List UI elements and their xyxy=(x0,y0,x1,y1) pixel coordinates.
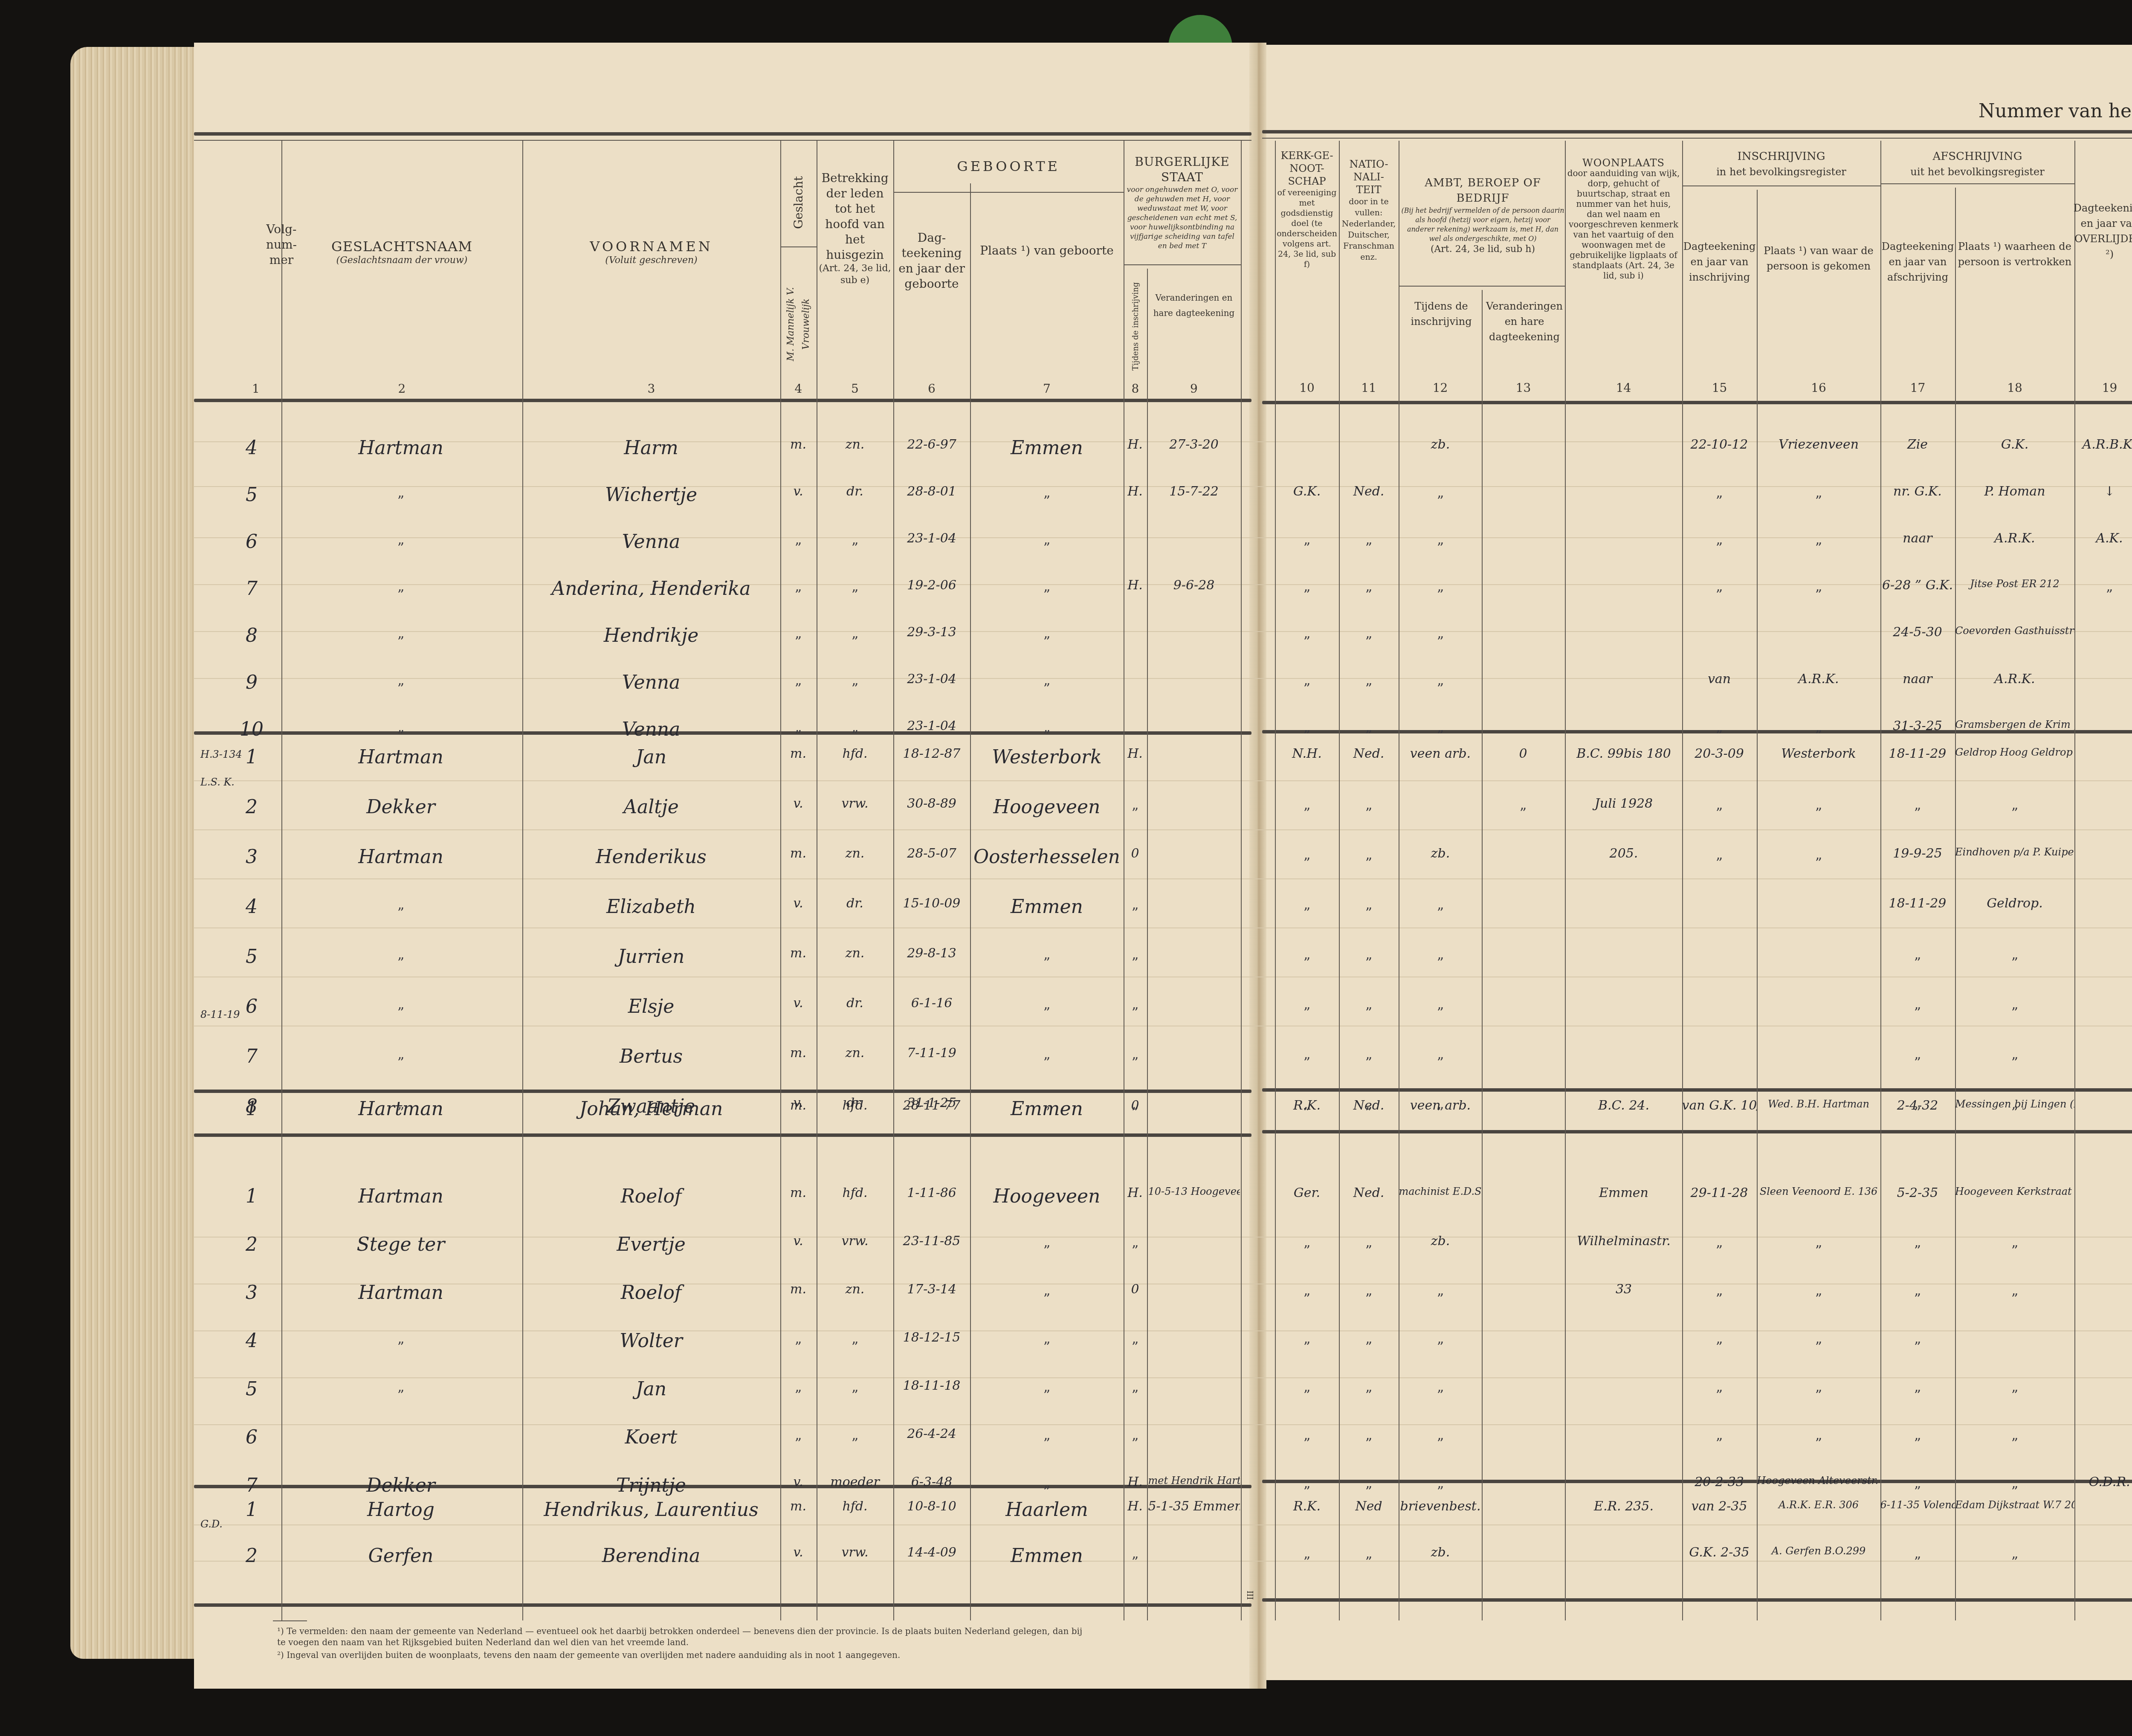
cell-sex: v. xyxy=(781,1475,815,1490)
cell-nat: Ned. xyxy=(1339,1185,1399,1200)
cell-church: ” xyxy=(1275,1553,1339,1570)
col7-header: Plaats ¹) van geboorte xyxy=(974,243,1119,258)
cell-occ: ” xyxy=(1399,1435,1482,1451)
cell-rel: ” xyxy=(818,680,892,696)
col-num-6: 6 xyxy=(893,382,970,396)
cell-civil: ” xyxy=(1124,1004,1147,1020)
cell-rel: hfd. xyxy=(818,1098,892,1113)
cell-sex: ” xyxy=(781,727,815,743)
cell-surname: ” xyxy=(286,539,516,556)
afschrijving-group-rule xyxy=(1880,183,2074,184)
cell-church: ” xyxy=(1275,855,1339,871)
ambt-group: AMBT, BEROEP OF BEDRIJF (Bij het bedrijf… xyxy=(1401,147,1565,284)
col14-note: door aanduiding van wijk, dorp, gehucht … xyxy=(1567,168,1680,281)
cell-church: ” xyxy=(1275,904,1339,921)
cell-rel: zn. xyxy=(818,437,892,452)
cell-rel: ” xyxy=(818,1387,892,1403)
cell-out-date: 18-11-29 xyxy=(1880,896,1955,911)
cell-residence: Emmen xyxy=(1565,1185,1683,1200)
cell-birth-place: Westerbork xyxy=(970,746,1124,768)
col-num-8: 8 xyxy=(1124,382,1147,396)
col3-note: (Voluit geschreven) xyxy=(605,254,697,267)
cell-civil: H. xyxy=(1124,578,1147,593)
cell-out-place: A.R.K. xyxy=(1955,672,2074,687)
cell-given: Venna xyxy=(525,719,777,740)
cell-birth-date: 19-2-06 xyxy=(893,578,970,593)
col-divider xyxy=(1565,141,1566,1620)
cell-nr: 10 xyxy=(230,719,273,740)
cell-birth-place: Emmen xyxy=(970,896,1124,918)
cell-given: Hendrikus, Laurentius xyxy=(525,1499,777,1521)
cell-birth-date: 18-12-87 xyxy=(893,746,970,761)
cell-occ: ” xyxy=(1399,1483,1482,1499)
cell-out-date: naar xyxy=(1880,672,1955,687)
cell-birth-date: 28-8-01 xyxy=(893,484,970,499)
cell-out-date: 31-3-25 xyxy=(1880,719,1955,733)
cell-sex: ” xyxy=(781,539,815,556)
cell-out-date: ” xyxy=(1880,1387,1955,1403)
cell-nat: ” xyxy=(1339,904,1399,921)
cell-nat: ” xyxy=(1339,1483,1399,1499)
cell-in-place: ” xyxy=(1757,855,1880,871)
cell-church: ” xyxy=(1275,727,1339,743)
col-divider xyxy=(1147,269,1148,1620)
inschrijving-title: INSCHRIJVING xyxy=(1737,149,1825,164)
col4-title: Geslacht xyxy=(791,176,806,229)
col11-header: NATIO-NALI-TEIT door in te vullen: Neder… xyxy=(1341,158,1396,263)
cell-rel: vrw. xyxy=(818,1545,892,1560)
cell-rel: vrw. xyxy=(818,1234,892,1249)
cell-birth-place: Haarlem xyxy=(970,1499,1124,1521)
cell-in-place: Vriezenveen xyxy=(1757,437,1880,452)
cell-surname: ” xyxy=(286,1339,516,1355)
cell-sex: m. xyxy=(781,437,815,452)
cell-residence: B.C. 24. xyxy=(1565,1098,1683,1113)
cell-in-date: ” xyxy=(1682,1435,1757,1451)
col6-header: Dag-teekening en jaar der geboorte xyxy=(895,230,968,292)
cell-occ-change: 0 xyxy=(1482,746,1565,761)
household-separator xyxy=(1262,1088,2132,1092)
col2-header: GESLACHTSNAAM (Geslachtsnaam der vrouw) xyxy=(290,239,514,267)
cell-death: A.R.B.K. xyxy=(2074,437,2132,452)
cell-out-date: 2-4-32 xyxy=(1880,1098,1955,1113)
cell-surname: ” xyxy=(286,493,516,509)
ruled-line xyxy=(194,829,2132,830)
col8-title: Tijdens de inschrijving xyxy=(1132,282,1140,370)
page-marker: III xyxy=(1245,1591,1254,1600)
cell-in-date: van 2-35 xyxy=(1682,1499,1757,1514)
col5-header: Betrekking der leden tot het hoofd van h… xyxy=(819,171,891,287)
header-top-thin-right xyxy=(1262,138,2132,139)
cell-nr: 5 xyxy=(230,484,273,506)
cell-death: ↓ xyxy=(2074,484,2132,499)
col8-header: Tijdens de inschrijving xyxy=(1126,273,1146,380)
ambt-art: (Art. 24, 3e lid, sub h) xyxy=(1431,243,1535,255)
cell-out-date: 19-9-25 xyxy=(1880,846,1955,861)
col15-title: Dagteekening en jaar van inschrijving xyxy=(1683,239,1756,285)
col16-header: Plaats ¹) van waar de persoon is gekomen xyxy=(1759,243,1878,274)
cell-in-place: A.R.K. xyxy=(1757,672,1880,687)
col-num-18: 18 xyxy=(1955,381,2074,395)
cell-given: Jurrien xyxy=(525,946,777,968)
cell-birth-place: ” xyxy=(970,1483,1124,1499)
cell-birth-date: 23-1-04 xyxy=(893,531,970,546)
cell-nr: 6 xyxy=(230,531,273,553)
cell-given: Roelof xyxy=(525,1185,777,1207)
cell-out-place: Eindhoven p/a P. Kuipers Lievendaalstraa… xyxy=(1955,846,2074,858)
header-bottom-rule-left xyxy=(194,399,1251,402)
cell-birth-date: 30-8-89 xyxy=(893,796,970,811)
cell-residence: B.C. 99bis 180 xyxy=(1565,746,1683,761)
cell-in-place: A. Gerfen B.O.299 xyxy=(1757,1545,1880,1557)
cell-occ: ” xyxy=(1399,539,1482,556)
cell-out-date: 24-5-30 xyxy=(1880,625,1955,640)
cell-surname: ” xyxy=(286,904,516,921)
cell-surname: Gerfen xyxy=(286,1545,516,1567)
col9-title: Veranderingen en hare dagteekening xyxy=(1149,290,1239,321)
col-num-9: 9 xyxy=(1147,382,1241,396)
ambt-note: (Bij het bedrijf vermelden of de persoon… xyxy=(1401,206,1565,243)
cell-in-date: ” xyxy=(1682,727,1757,743)
cell-occ: ” xyxy=(1399,1387,1482,1403)
cell-birth-date: 26-4-24 xyxy=(893,1426,970,1441)
cell-surname: Stege ter xyxy=(286,1234,516,1255)
cell-occ: zb. xyxy=(1399,1234,1482,1249)
geslacht-rule xyxy=(780,246,817,247)
cell-church: ” xyxy=(1275,633,1339,649)
cell-rel: hfd. xyxy=(818,1185,892,1200)
col-num-3: 3 xyxy=(522,382,780,396)
cell-nr: 4 xyxy=(230,437,273,459)
col19-header: Dagteekening en jaar van OVERLIJDEN ²) xyxy=(2077,200,2132,262)
cell-out-date: naar xyxy=(1880,531,1955,546)
cell-occ: ” xyxy=(1399,1054,1482,1070)
cell-in-date: 29-11-28 xyxy=(1682,1185,1757,1200)
inschrijving-group-rule xyxy=(1682,185,1880,186)
cell-sex: m. xyxy=(781,746,815,761)
cell-occ: ” xyxy=(1399,727,1482,743)
cell-in-place: ” xyxy=(1757,1242,1880,1258)
cell-out-place: ” xyxy=(1955,1435,2074,1451)
col-num-12: 12 xyxy=(1399,381,1482,395)
col-num-2: 2 xyxy=(281,382,522,396)
cell-church: ” xyxy=(1275,680,1339,696)
cell-birth-place: ” xyxy=(970,1339,1124,1355)
cell-rel: ” xyxy=(818,727,892,743)
cell-surname: ” xyxy=(286,680,516,696)
cell-church: ” xyxy=(1275,1004,1339,1020)
footnote-rule xyxy=(273,1620,307,1621)
cell-civil: ” xyxy=(1124,805,1147,821)
cell-out-place: ” xyxy=(1955,1054,2074,1070)
cell-nr: 3 xyxy=(230,1282,273,1304)
margin-note: H.3-134 xyxy=(200,748,242,760)
cell-out-date: 18-11-29 xyxy=(1880,746,1955,761)
col11-title: NATIO-NALI-TEIT xyxy=(1341,158,1396,196)
ruled-line xyxy=(194,878,2132,879)
cell-rel: zn. xyxy=(818,1282,892,1297)
cell-in-date: ” xyxy=(1682,805,1757,821)
col-num-14: 14 xyxy=(1565,381,1682,395)
col4-header: Geslacht xyxy=(787,162,810,243)
cell-sex: ” xyxy=(781,1435,815,1451)
cell-out-date: ” xyxy=(1880,1553,1955,1570)
cell-sex: m. xyxy=(781,846,815,861)
cell-out-place: ” xyxy=(1955,1290,2074,1307)
cell-birth-date: 23-11-85 xyxy=(893,1234,970,1249)
cell-birth-place: ” xyxy=(970,727,1124,743)
cell-rel: ” xyxy=(818,1435,892,1451)
cell-death: ” xyxy=(2074,586,2132,603)
cell-occ: zb. xyxy=(1399,437,1482,452)
col11-note: door in te vullen: Nederlander, Duitsche… xyxy=(1341,196,1396,263)
cell-sex: m. xyxy=(781,946,815,961)
cell-given: Trijntje xyxy=(525,1475,777,1496)
cell-in-date: G.K. 2-35 xyxy=(1682,1545,1757,1560)
household-separator xyxy=(1262,1130,2132,1133)
cell-nr: 4 xyxy=(230,896,273,918)
cell-out-place: G.K. xyxy=(1955,437,2074,452)
cell-given: Wolter xyxy=(525,1330,777,1352)
cell-birth-date: 6-3-48 xyxy=(893,1475,970,1490)
cell-sex: ” xyxy=(781,586,815,603)
cell-out-date: 6-28 ” G.K. xyxy=(1880,578,1955,593)
cell-civil: ” xyxy=(1124,954,1147,971)
cell-birth-place: ” xyxy=(970,1004,1124,1020)
table-bottom-rule-left xyxy=(194,1603,1251,1607)
cell-civil: H. xyxy=(1124,1499,1147,1514)
cell-given: Bertus xyxy=(525,1046,777,1067)
cell-birth-place: ” xyxy=(970,1242,1124,1258)
cell-church: G.K. xyxy=(1275,484,1339,499)
col3-title: VOORNAMEN xyxy=(590,239,713,254)
col18-header: Plaats ¹) waarheen de persoon is vertrok… xyxy=(1957,239,2072,270)
cell-out-date: ” xyxy=(1880,805,1955,821)
cell-rel: dr. xyxy=(818,484,892,499)
cell-given: Jan xyxy=(525,746,777,768)
cell-out-place: ” xyxy=(1955,805,2074,821)
cell-rel: zn. xyxy=(818,946,892,961)
ruled-line xyxy=(194,927,2132,928)
book-gutter xyxy=(1249,43,1266,1689)
cell-birth-place: ” xyxy=(970,1387,1124,1403)
cell-in-date: 20-2-33 xyxy=(1682,1475,1757,1490)
cell-out-date: ” xyxy=(1880,954,1955,971)
cell-birth-place: ” xyxy=(970,954,1124,971)
col2-title: GESLACHTSNAAM xyxy=(331,239,472,254)
cell-residence: E.R. 235. xyxy=(1565,1499,1683,1514)
cell-out-place: ” xyxy=(1955,1483,2074,1499)
cell-given: Evertje xyxy=(525,1234,777,1255)
cell-birth-date: 18-11-18 xyxy=(893,1378,970,1393)
cell-occ: ” xyxy=(1399,1290,1482,1307)
inschrijving-group: INSCHRIJVING in het bevolkingsregister xyxy=(1684,145,1878,183)
cell-birth-place: ” xyxy=(970,539,1124,556)
col4-note-text: M. Mannelijk V. Vrouwelijk xyxy=(783,264,814,384)
col10-note: of vereeniging met godsdienstig doel (te… xyxy=(1277,188,1337,270)
col12-title: Tijdens de inschrijving xyxy=(1401,299,1482,329)
cell-birth-place: ” xyxy=(970,633,1124,649)
afschrijving-group: AFSCHRIJVING uit het bevolkingsregister xyxy=(1883,145,2072,183)
col4-note: M. Mannelijk V. Vrouwelijk xyxy=(785,264,812,384)
cell-given: Roelof xyxy=(525,1282,777,1304)
afschrijving-sub: uit het bevolkingsregister xyxy=(1910,164,2044,180)
cell-civil: ” xyxy=(1124,1054,1147,1070)
cell-birth-place: ” xyxy=(970,493,1124,509)
cell-sex: m. xyxy=(781,1185,815,1200)
cell-surname: ” xyxy=(286,1004,516,1020)
ruled-line xyxy=(194,1424,2132,1425)
header-top-rule-left xyxy=(194,132,1251,136)
cell-in-place: ” xyxy=(1757,1435,1880,1451)
cell-occ: zb. xyxy=(1399,1545,1482,1560)
cell-nat: Ned. xyxy=(1339,484,1399,499)
col-num-5: 5 xyxy=(817,382,893,396)
cell-civil: ” xyxy=(1124,1553,1147,1570)
cell-out-place: ” xyxy=(1955,1387,2074,1403)
ruled-line xyxy=(194,977,2132,977)
cell-out-place: Geldrop. xyxy=(1955,896,2074,911)
cell-civil-change: 15-7-22 xyxy=(1148,484,1240,499)
cell-rel: ” xyxy=(818,539,892,556)
col18-title: Plaats ¹) waarheen de persoon is vertrok… xyxy=(1957,239,2072,270)
cell-out-place: ” xyxy=(1955,1004,2074,1020)
col-divider xyxy=(1757,190,1758,1620)
cell-surname: ” xyxy=(286,1387,516,1403)
col-divider xyxy=(281,141,282,1620)
cell-rel: ” xyxy=(818,1339,892,1355)
margin-note: L.S. K. xyxy=(200,776,235,788)
cell-in-date: ” xyxy=(1682,1339,1757,1355)
col9-header: Veranderingen en hare dagteekening xyxy=(1149,290,1239,321)
cell-out-place: Geldrop Hoog Geldrop 171 xyxy=(1955,746,2074,758)
cell-sex: v. xyxy=(781,996,815,1011)
cell-given: Elsje xyxy=(525,996,777,1017)
cell-sex: v. xyxy=(781,1234,815,1249)
cell-occ: veen arb. xyxy=(1399,746,1482,761)
cell-given: Venna xyxy=(525,672,777,693)
cell-birth-date: 7-11-19 xyxy=(893,1046,970,1061)
col17-title: Dagteekening en jaar van afschrijving xyxy=(1882,239,1954,285)
cell-surname: Hartman xyxy=(286,1185,516,1207)
cell-nr: 7 xyxy=(230,1475,273,1496)
cell-surname: Dekker xyxy=(286,796,516,818)
cell-nat: ” xyxy=(1339,1435,1399,1451)
cell-surname: Dekker xyxy=(286,1475,516,1496)
cell-out-place: Edam Dijkstraat W.7 2066. xyxy=(1955,1499,2074,1511)
cell-sex: ” xyxy=(781,633,815,649)
cell-given: Jan xyxy=(525,1378,777,1400)
cell-nr: 2 xyxy=(230,1545,273,1567)
cell-in-date: ” xyxy=(1682,539,1757,556)
cell-church: ” xyxy=(1275,1290,1339,1307)
cell-birth-date: 6-1-16 xyxy=(893,996,970,1011)
cell-civil: ” xyxy=(1124,1242,1147,1258)
cell-birth-date: 23-1-04 xyxy=(893,672,970,687)
col3-header: VOORNAMEN (Voluit geschreven) xyxy=(531,239,772,267)
cell-out-place: ” xyxy=(1955,1242,2074,1258)
cell-church: ” xyxy=(1275,954,1339,971)
col-num-19: 19 xyxy=(2074,381,2132,395)
cell-nr: 3 xyxy=(230,846,273,868)
cell-in-place: Westerbork xyxy=(1757,746,1880,761)
cell-nat: ” xyxy=(1339,727,1399,743)
cell-occ: ” xyxy=(1399,904,1482,921)
cell-surname: ” xyxy=(286,586,516,603)
cell-in-place: Hoogeveen Alteveerstr. 145 xyxy=(1757,1475,1880,1487)
col15-header: Dagteekening en jaar van inschrijving xyxy=(1684,239,1755,285)
cell-given: Hendrikje xyxy=(525,625,777,646)
cell-birth-date: 28-11-77 xyxy=(893,1098,970,1113)
col-num-10: 10 xyxy=(1275,381,1339,395)
burgerlijke-staat-group-rule xyxy=(1124,264,1241,265)
cell-out-place: ” xyxy=(1955,954,2074,971)
cell-church: ” xyxy=(1275,539,1339,556)
col-divider xyxy=(522,141,523,1620)
cell-civil: H. xyxy=(1124,484,1147,499)
cell-nat: ” xyxy=(1339,586,1399,603)
cell-church: ” xyxy=(1275,586,1339,603)
geboorte-group: GEBOORTE xyxy=(895,145,1121,188)
cell-birth-date: 10-8-10 xyxy=(893,1499,970,1514)
cell-nat: ” xyxy=(1339,539,1399,556)
burgerlijke-staat-title: BURGERLIJKE STAAT xyxy=(1126,154,1239,185)
cell-civil: ” xyxy=(1124,1435,1147,1451)
cell-church: N.H. xyxy=(1275,746,1339,761)
cell-surname: Hartog xyxy=(286,1499,516,1521)
cell-nr: 4 xyxy=(230,1330,273,1352)
col10-title: KERK-GE-NOOT-SCHAP xyxy=(1277,149,1337,188)
cell-nr: 1 xyxy=(230,1499,273,1521)
sheet-number-label: Nummer van het blad xyxy=(1978,100,2132,122)
cell-out-date: ” xyxy=(1880,1004,1955,1020)
cell-rel: ” xyxy=(818,586,892,603)
col-divider xyxy=(893,141,894,1620)
cell-occ: zb. xyxy=(1399,846,1482,861)
cell-rel: vrw. xyxy=(818,796,892,811)
header-top-thin-left xyxy=(194,140,1251,141)
cell-civil: ” xyxy=(1124,1387,1147,1403)
cell-in-place: Wed. B.H. Hartman xyxy=(1757,1098,1880,1110)
cell-nat: ” xyxy=(1339,954,1399,971)
cell-surname: ” xyxy=(286,727,516,743)
cell-church: ” xyxy=(1275,805,1339,821)
cell-in-date: ” xyxy=(1682,493,1757,509)
cell-given: Harm xyxy=(525,437,777,459)
cell-surname: Hartman xyxy=(286,846,516,868)
cell-out-date: nr. G.K. xyxy=(1880,484,1955,499)
cell-nat: ” xyxy=(1339,1553,1399,1570)
cell-nr: 1 xyxy=(230,1185,273,1207)
cell-given: Aaltje xyxy=(525,796,777,818)
ruled-line xyxy=(194,780,2132,781)
cell-birth-date: 14-4-09 xyxy=(893,1545,970,1560)
cell-out-place: P. Homan xyxy=(1955,484,2074,499)
cell-civil: H. xyxy=(1124,1475,1147,1490)
col14-title: WOONPLAATS xyxy=(1582,158,1665,168)
inschrijving-sub: in het bevolkingsregister xyxy=(1716,164,1846,180)
afschrijving-title: AFSCHRIJVING xyxy=(1932,149,2022,164)
cell-sex: v. xyxy=(781,896,815,911)
burgerlijke-staat-group: BURGERLIJKE STAAT voor ongehuwden met O,… xyxy=(1126,145,1239,260)
cell-out-place: ” xyxy=(1955,1553,2074,1570)
cell-sex: m. xyxy=(781,1282,815,1297)
ruled-line xyxy=(194,1330,2132,1331)
cell-rel: zn. xyxy=(818,1046,892,1061)
cell-occ: brievenbest. xyxy=(1399,1499,1482,1514)
cell-surname: Hartman xyxy=(286,746,516,768)
cell-nr: 1 xyxy=(230,1098,273,1120)
